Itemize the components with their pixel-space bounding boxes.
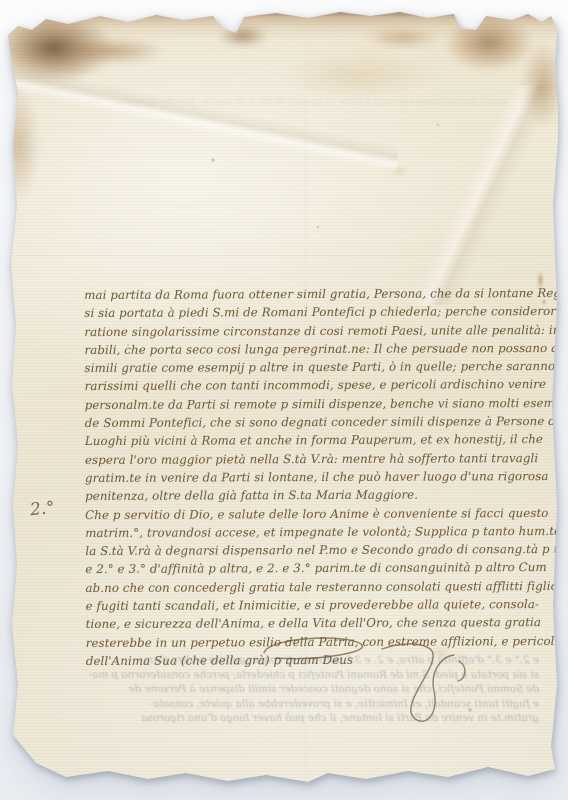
manuscript-line: matrim.°, trovandosi accese, et impegnat… <box>85 522 557 542</box>
manuscript-text-block: mai partita da Roma fuora ottener simil … <box>84 284 558 670</box>
manuscript-line: e 2.° e 3.° d'affinità p altra, e 2. e 3… <box>85 558 557 578</box>
bleedthrough-line: gratim.te in venire da Parti si lontane,… <box>34 711 539 726</box>
bleedthrough-line: de Sommi Pontefici, che si sono degnati … <box>34 682 539 697</box>
paper-surface: simili gratie come esempij p altre in qu… <box>8 5 558 787</box>
manuscript-line: rabili, che porta seco cosi lunga peregr… <box>84 339 556 359</box>
paper-sheet: simili gratie come esempij p altre in qu… <box>8 5 558 787</box>
manuscript-line: simili gratie come esempij p altre in qu… <box>84 357 556 377</box>
bleedthrough-text: e 2.° e 3.° d'affinità p altra, e 2. e 3… <box>34 653 539 726</box>
manuscript-line: gratim.te in venire da Parti si lontane,… <box>85 467 557 487</box>
manuscript-line: de Sommi Pontefici, che si sono degnati … <box>85 412 557 432</box>
manuscript-line: la S.tà V.rà à degnarsi dispensarlo nel … <box>85 540 557 560</box>
paragraph-marker: 2.° <box>29 498 56 520</box>
manuscript-line: personalm.te da Parti si remote p simili… <box>85 394 557 414</box>
manuscript-line: espera l'oro maggior pietà nella S.tà V.… <box>85 449 557 469</box>
manuscript-line: mai partita da Roma fuora ottener simil … <box>84 284 556 304</box>
manuscript-line: Luoghi più vicini à Roma et anche in for… <box>85 430 557 450</box>
manuscript-line: Che p servitio di Dio, e salute delle lo… <box>85 504 557 524</box>
manuscript-line: penitenza, oltre della già fatta in S.ta… <box>85 485 557 505</box>
bleedthrough-line: simili gratie come esempij p altre in qu… <box>48 95 508 110</box>
manuscript-line: e fugiti tanti scandali, et Inimicitie, … <box>86 595 558 615</box>
bleedthrough-line: e fugiti tanti scandali, et Inimicitie, … <box>34 697 539 712</box>
bleedthrough-line: e 2.° e 3.° d'affinità p altra, e 2. e 3… <box>34 653 539 668</box>
manuscript-line: si sia portata à piedi S.mi de Romani Po… <box>84 302 556 322</box>
manuscript-line: rarissimi quelli che con tanti incommodi… <box>85 375 557 395</box>
manuscript-line: ab.no che con concedergli gratia tale re… <box>85 577 557 597</box>
bleedthrough-line: si sia portata à piedi S.mi de Romani Po… <box>34 668 539 683</box>
manuscript-line: ratione singolarissime circonstanze di c… <box>84 321 556 341</box>
scanned-manuscript: simili gratie come esempij p altre in qu… <box>0 0 568 800</box>
bleedthrough-faint: simili gratie come esempij p altre in qu… <box>48 95 508 110</box>
